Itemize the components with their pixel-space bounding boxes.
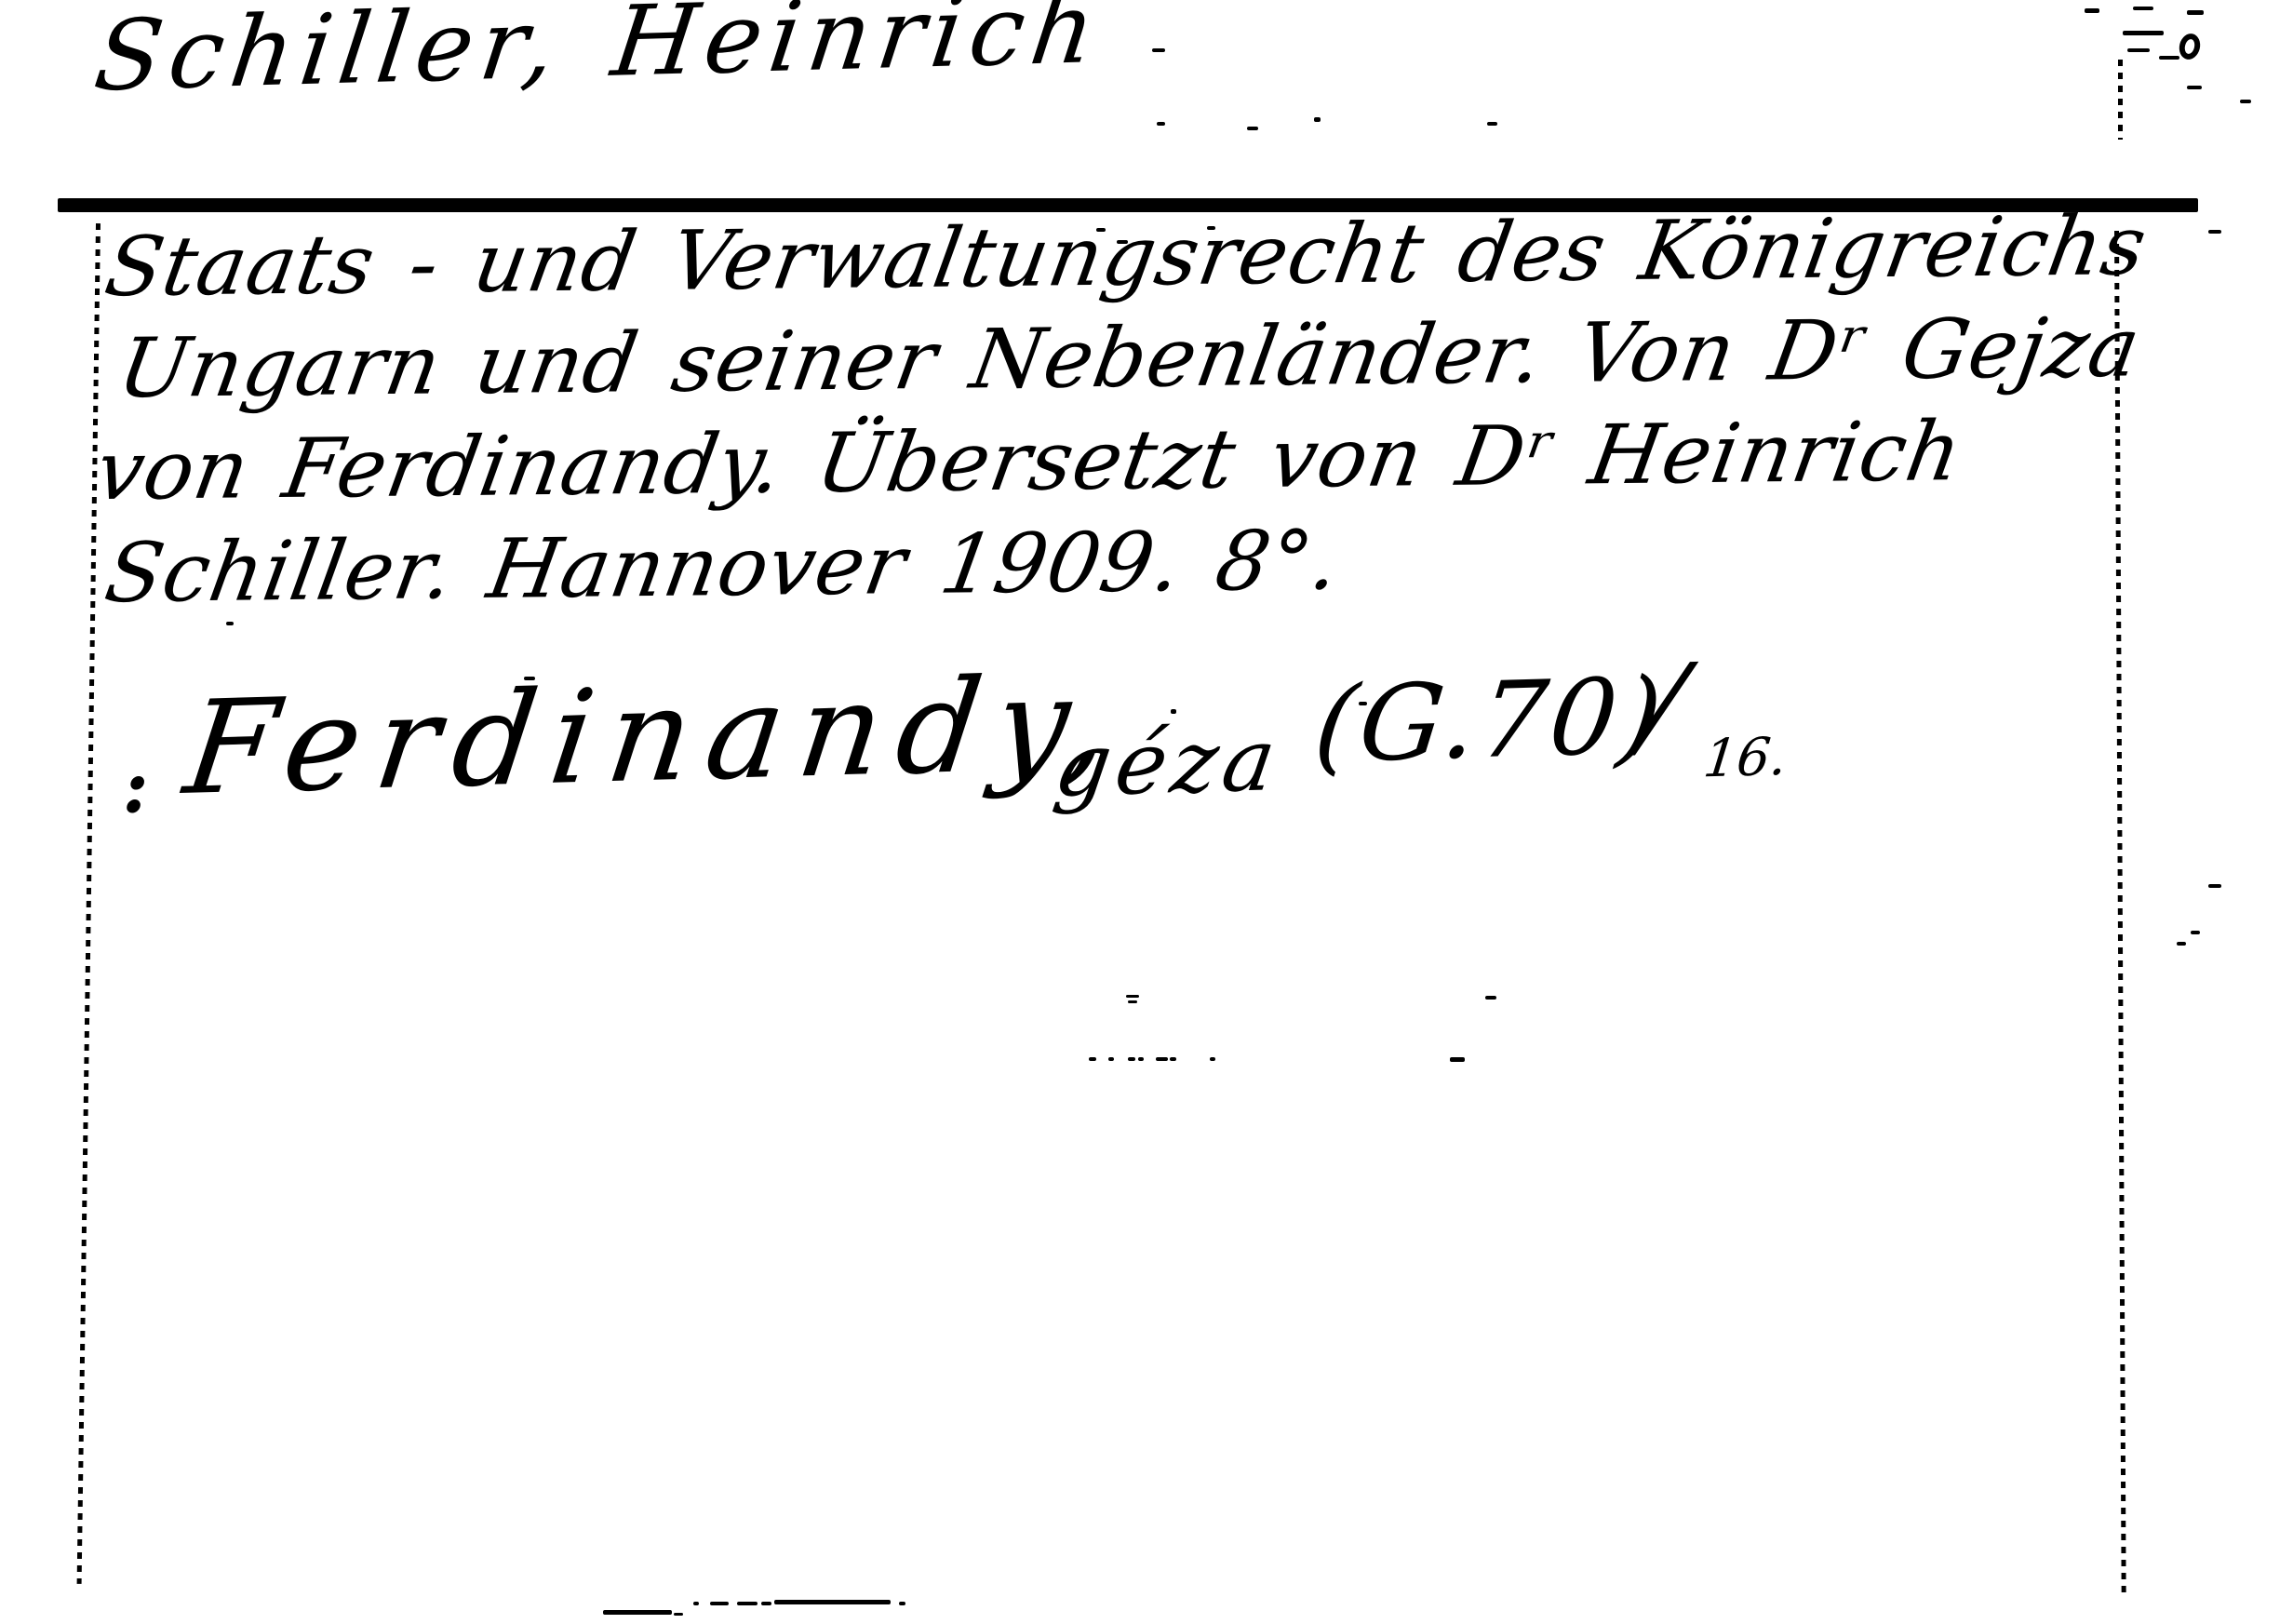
ink-speck xyxy=(2159,56,2179,60)
card-heading: Schiller, Heinrich xyxy=(89,0,1107,104)
ink-speck xyxy=(1171,709,1176,714)
ink-speck xyxy=(761,1602,771,1605)
reference-row: : Ferdinandy, géza (G.70) / 16. xyxy=(112,638,1840,929)
ink-speck xyxy=(603,1610,672,1615)
ink-speck xyxy=(1126,995,1139,998)
ink-speck xyxy=(1450,1057,1465,1062)
ink-speck xyxy=(774,1600,891,1604)
ink-speck xyxy=(2191,931,2200,934)
reference-forename: géza xyxy=(1050,718,1286,810)
reference-item-number: 16. xyxy=(1701,731,1790,786)
ink-speck xyxy=(2208,230,2221,234)
ink-speck xyxy=(1359,702,1367,705)
ink-speck xyxy=(1487,122,1497,126)
left-margin-dotted-line xyxy=(77,223,101,1584)
body-line: Ungarn und seiner Nebenländer. Von Dʳ Ge… xyxy=(113,306,2146,409)
corner-dotted-line xyxy=(2118,60,2123,140)
reference-colon: : xyxy=(121,751,150,825)
right-margin-dotted-line xyxy=(2114,231,2126,1594)
ink-speck xyxy=(1138,1057,1144,1061)
ink-speck xyxy=(1207,226,1215,230)
body-line: von Ferdinandy. Übersetzt von Dʳ Heinric… xyxy=(90,410,1967,512)
ink-speck xyxy=(2240,100,2251,103)
body-line: Schiller. Hannover 1909. 8°. xyxy=(100,519,1346,614)
corner-loop-mark xyxy=(2177,32,2203,61)
ink-speck xyxy=(1156,1057,1168,1061)
ink-speck xyxy=(1170,1057,1176,1061)
reference-surname: Ferdinandy, xyxy=(179,658,1133,813)
catalog-card: Schiller, Heinrich Staats - und Verwaltu… xyxy=(0,0,2293,1624)
ink-speck xyxy=(1152,48,1165,52)
ink-speck xyxy=(710,1602,729,1605)
ink-speck xyxy=(2123,31,2164,35)
body-line: Staats - und Verwaltungsrecht des Königr… xyxy=(100,205,2152,308)
ink-speck xyxy=(1128,1000,1137,1003)
ink-speck xyxy=(2208,884,2221,888)
ink-speck xyxy=(693,1602,699,1605)
ink-speck xyxy=(674,1613,683,1616)
ink-speck xyxy=(2187,86,2202,89)
ink-speck xyxy=(1096,228,1106,232)
ink-speck xyxy=(2133,7,2153,10)
ink-speck xyxy=(524,677,535,680)
reference-shelfmark: (G.70) xyxy=(1310,664,1670,778)
ink-speck xyxy=(1089,1057,1096,1061)
ink-speck xyxy=(2127,48,2150,52)
ink-speck xyxy=(1314,117,1321,122)
ink-speck xyxy=(1117,240,1128,244)
ink-speck xyxy=(2187,10,2204,15)
ink-speck xyxy=(1210,1057,1215,1061)
ink-speck xyxy=(1485,996,1496,1000)
ink-speck xyxy=(1247,127,1258,130)
ink-speck xyxy=(1157,122,1165,126)
ink-speck xyxy=(226,622,234,625)
ink-speck xyxy=(899,1602,905,1605)
ink-speck xyxy=(737,1602,758,1605)
ink-speck xyxy=(2085,8,2099,13)
ink-speck xyxy=(1128,1057,1135,1061)
ink-speck xyxy=(1108,1057,1114,1061)
ink-speck xyxy=(2177,942,2186,946)
